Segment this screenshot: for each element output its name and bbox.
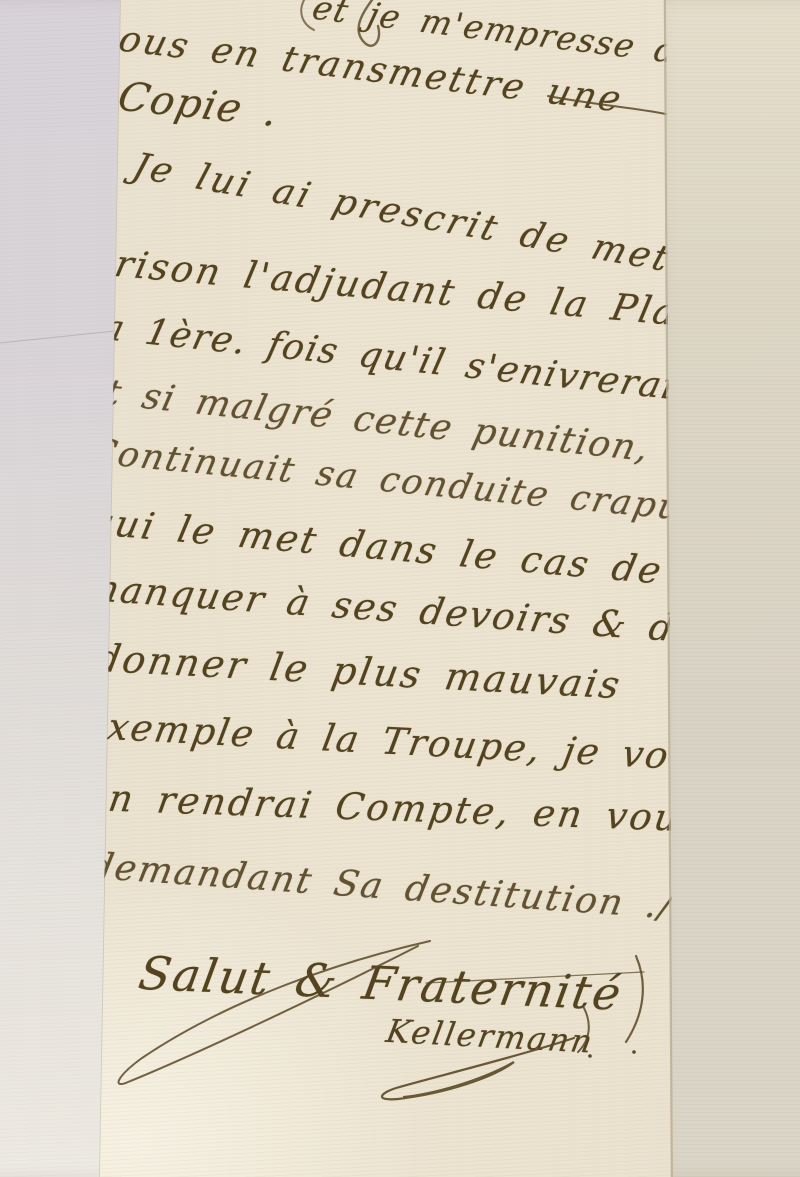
closing-salutation: Salut & Fraternité <box>135 946 627 1021</box>
handwritten-line: exemple à la Troupe, je vous <box>80 704 720 780</box>
fraternite-flourish-dot <box>632 1050 636 1054</box>
handwritten-line-copie: Copie . <box>114 74 284 136</box>
manuscript-photo: et je m'empresse de vous en transmettre … <box>0 0 800 1177</box>
fraternite-flourish <box>626 956 643 1042</box>
handwritten-line: en rendrai Compte, en vous <box>81 776 705 840</box>
paper-crease <box>0 329 128 344</box>
handwritten-line: demandant Sa destitution ./. <box>86 846 690 928</box>
handwritten-line: donner le plus mauvais <box>92 636 625 707</box>
signature-kellermann: Kellermann <box>383 1012 597 1061</box>
